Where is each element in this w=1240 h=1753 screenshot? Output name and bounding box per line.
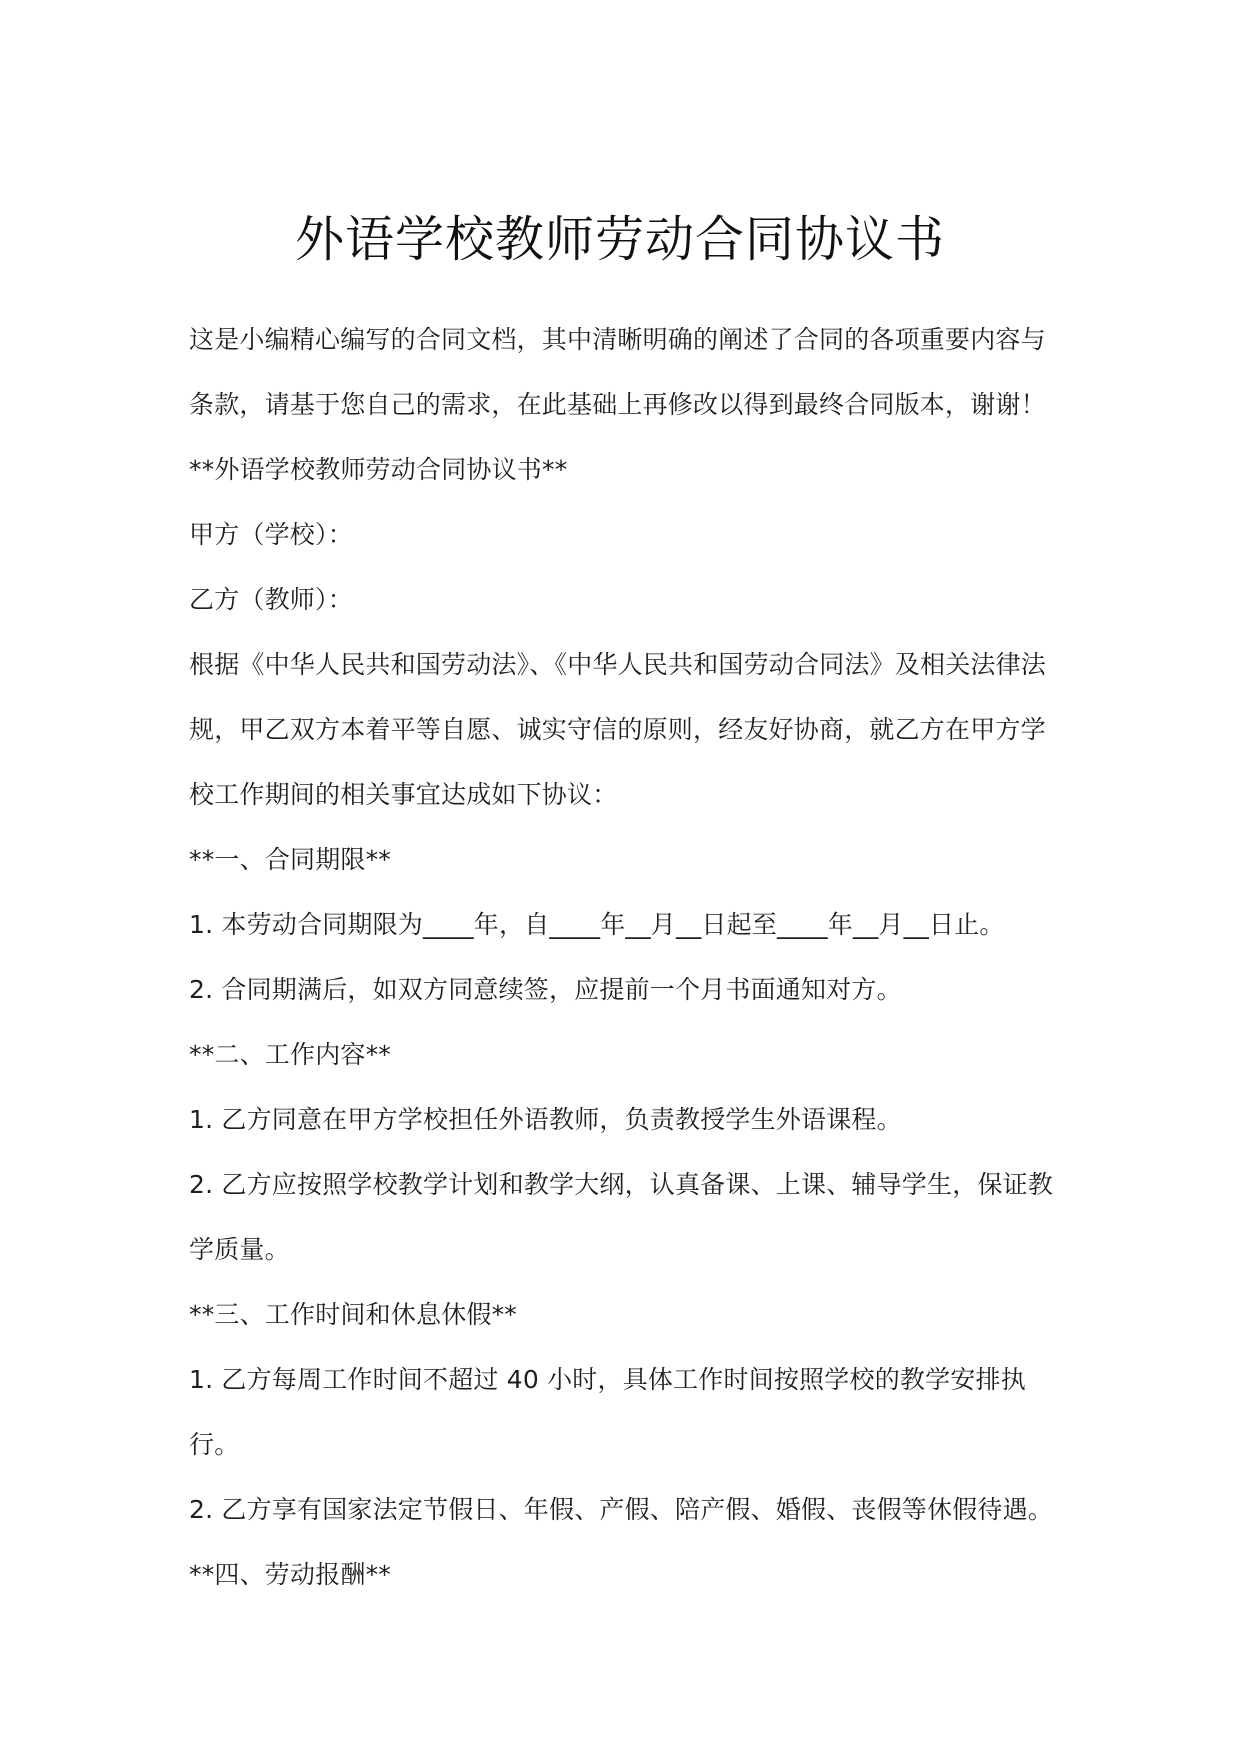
clause-2-2-line-2: 学质量。	[189, 1234, 1069, 1266]
preamble-line-1: 根据《中华人民共和国劳动法》、《中华人民共和国劳动合同法》及相关法律法	[189, 649, 1069, 681]
intro-line-1: 这是小编精心编写的合同文档，其中清晰明确的阐述了合同的各项重要内容与	[189, 324, 1069, 356]
section-heading-work-hours: **三、工作时间和休息休假**	[189, 1299, 1069, 1331]
section-heading-contract-term: **一、合同期限**	[189, 844, 1069, 876]
clause-2-2-line-1: 2. 乙方应按照学校教学计划和教学大纲，认真备课、上课、辅导学生，保证教	[189, 1169, 1069, 1201]
clause-3-2: 2. 乙方享有国家法定节假日、年假、产假、陪产假、婚假、丧假等休假待遇。	[189, 1494, 1069, 1526]
clause-3-1-line-2: 行。	[189, 1429, 1069, 1461]
preamble-line-2: 规，甲乙双方本着平等自愿、诚实守信的原则，经友好协商，就乙方在甲方学	[189, 714, 1069, 746]
clause-3-1-line-1: 1. 乙方每周工作时间不超过 40 小时，具体工作时间按照学校的教学安排执	[189, 1364, 1069, 1396]
clause-1-1: 1. 本劳动合同期限为____年，自____年__月__日起至____年__月_…	[189, 909, 1069, 941]
intro-line-2: 条款，请基于您自己的需求，在此基础上再修改以得到最终合同版本，谢谢！	[189, 389, 1069, 421]
clause-2-1: 1. 乙方同意在甲方学校担任外语教师，负责教授学生外语课程。	[189, 1104, 1069, 1136]
document-page: 外语学校教师劳动合同协议书 这是小编精心编写的合同文档，其中清晰明确的阐述了合同…	[0, 0, 1240, 1753]
preamble-line-3: 校工作期间的相关事宜达成如下协议：	[189, 779, 1069, 811]
party-b-field: 乙方（教师）：	[189, 584, 1069, 616]
party-a-field: 甲方（学校）：	[189, 519, 1069, 551]
section-heading-work-content: **二、工作内容**	[189, 1039, 1069, 1071]
document-title: 外语学校教师劳动合同协议书	[0, 212, 1240, 268]
subtitle: **外语学校教师劳动合同协议书**	[189, 454, 1069, 486]
section-heading-remuneration: **四、劳动报酬**	[189, 1559, 1069, 1591]
clause-1-2: 2. 合同期满后，如双方同意续签，应提前一个月书面通知对方。	[189, 974, 1069, 1006]
